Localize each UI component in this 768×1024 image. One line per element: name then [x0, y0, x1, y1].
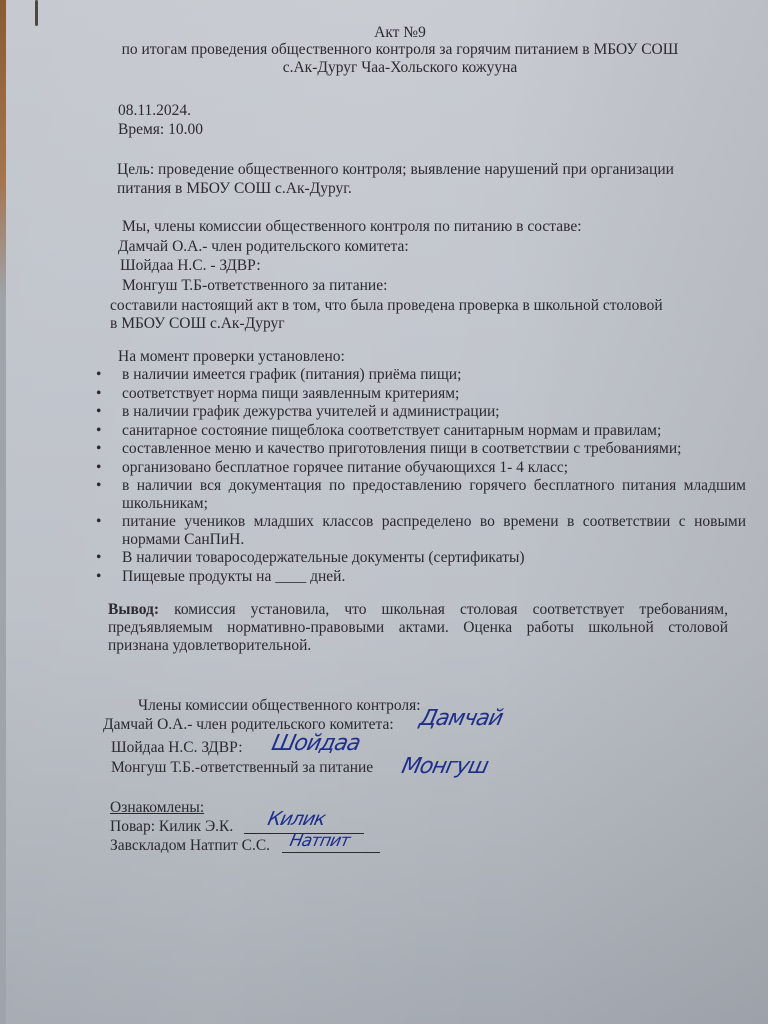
- document-subtitle-line2: с.Ак-Дуруг Чаа-Хольского кожууна: [100, 59, 700, 76]
- list-item: •в наличии график дежурства учителей и а…: [96, 403, 746, 421]
- conclusion-text: комиссия установила, что школьная столов…: [108, 601, 728, 654]
- member-1: Дамчай О.А.- член родительского комитета…: [118, 238, 409, 255]
- findings-intro: На момент проверки установлено:: [118, 348, 345, 365]
- acknowledged-label-2: Завскладом Натпит С.С.: [110, 837, 270, 854]
- member-2: Шойдаа Н.С. - ЗДВР:: [120, 257, 261, 274]
- list-item: •в наличии вся документация по предостав…: [96, 477, 746, 512]
- list-item: •в наличии имеется график (питания) приё…: [96, 366, 746, 384]
- signature-3: Монгуш: [399, 754, 490, 779]
- bullet-icon: •: [96, 385, 122, 403]
- conclusion-label: Вывод:: [108, 601, 159, 618]
- bullet-icon: •: [96, 440, 122, 458]
- document-subtitle-line1: по итогам проведения общественного контр…: [100, 41, 700, 58]
- bullet-icon: •: [96, 366, 122, 384]
- bullet-icon: •: [96, 459, 122, 477]
- signature-1: Дамчай: [417, 706, 504, 731]
- member-3: Монгуш Т.Б-ответственного за питание:: [122, 277, 387, 294]
- conclusion: Вывод: комиссия установила, что школьная…: [108, 601, 728, 654]
- list-item: •питание учеников младших классов распре…: [96, 513, 746, 548]
- acknowledged-signature-2: Натпит: [288, 831, 351, 851]
- bullet-icon: •: [96, 403, 122, 421]
- bullet-icon: •: [96, 513, 122, 548]
- bullet-icon: •: [96, 422, 122, 440]
- findings-list: •в наличии имеется график (питания) приё…: [96, 366, 746, 586]
- goal-line-2: питания в МБОУ СОШ с.Ак-Дуруг.: [117, 180, 352, 197]
- document-time: Время: 10.00: [118, 121, 203, 138]
- list-item: •санитарное состояние пищеблока соответс…: [96, 422, 746, 440]
- signature-label-3: Монгуш Т.Б.-ответственный за питание: [111, 759, 373, 776]
- goal-line-1: Цель: проведение общественного контроля;…: [117, 161, 674, 178]
- acknowledged-label: Ознакомлены:: [110, 799, 204, 816]
- document-title: Акт №9: [100, 24, 700, 41]
- paper-clip-mark: [35, 0, 38, 26]
- commission-intro: Мы, члены комиссии общественного контрол…: [122, 218, 582, 235]
- compiled-line-2: в МБОУ СОШ с.Ак-Дуруг: [110, 315, 285, 332]
- acknowledged-signature-1: Килик: [266, 808, 327, 830]
- signatures-intro: Члены комиссии общественного контроля:: [138, 697, 421, 714]
- document-header: Акт №9 по итогам проведения общественног…: [100, 24, 700, 76]
- bullet-icon: •: [96, 568, 122, 586]
- list-item: •соответствует норма пищи заявленным кри…: [96, 385, 746, 403]
- list-item: •Пищевые продукты на ____ дней.: [96, 568, 746, 586]
- compiled-line-1: составили настоящий акт в том, что была …: [110, 297, 663, 314]
- bullet-icon: •: [96, 477, 122, 512]
- signature-label-2: Шойдаа Н.С. ЗДВР:: [111, 739, 243, 756]
- list-item: •организовано бесплатное горячее питание…: [96, 459, 746, 477]
- signature-2: Шойдаа: [269, 731, 362, 756]
- acknowledged-label-1: Повар: Килик Э.К.: [110, 818, 233, 835]
- list-item: •В наличии товаросодержательные документ…: [96, 549, 746, 567]
- bullet-icon: •: [96, 549, 122, 567]
- list-item: •составленное меню и качество приготовле…: [96, 440, 746, 458]
- document-date: 08.11.2024.: [118, 102, 191, 119]
